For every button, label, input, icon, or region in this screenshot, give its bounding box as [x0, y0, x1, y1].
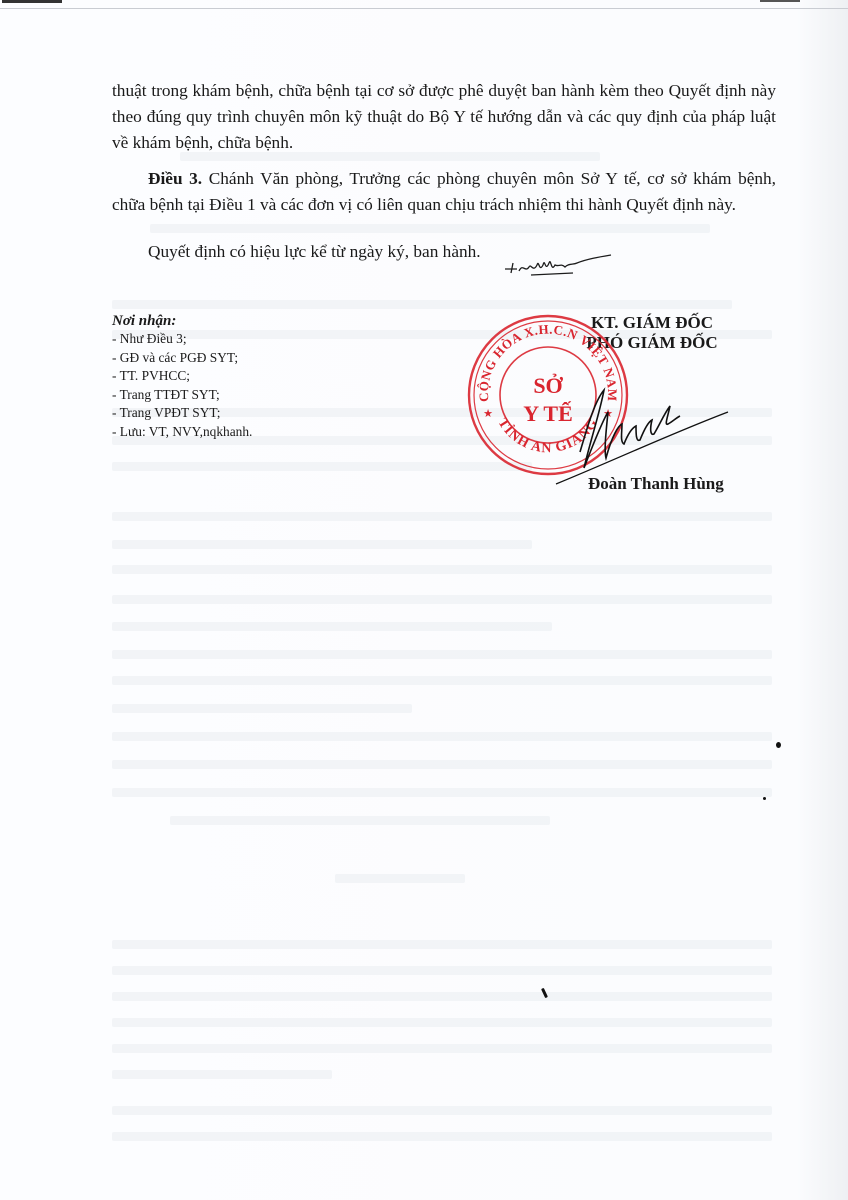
- scan-edge-mark: [760, 0, 800, 2]
- recipient-item: - Như Điều 3;: [112, 330, 252, 349]
- scan-speck: [763, 797, 766, 800]
- recipient-item: - Trang VPĐT SYT;: [112, 404, 252, 423]
- recipient-item: - Trang TTĐT SYT;: [112, 386, 252, 405]
- initials-signature: [503, 253, 613, 277]
- recipients-heading: Nơi nhận:: [112, 312, 252, 330]
- scan-edge-mark: [2, 0, 62, 3]
- recipient-item: - Lưu: VT, NVY,nqkhanh.: [112, 423, 252, 442]
- scan-speck: [776, 742, 781, 748]
- recipient-item: - GĐ và các PGĐ SYT;: [112, 349, 252, 368]
- document-page: thuật trong khám bệnh, chữa bệnh tại cơ …: [0, 0, 848, 1200]
- recipient-item: - TT. PVHCC;: [112, 367, 252, 386]
- paragraph-continuation: thuật trong khám bệnh, chữa bệnh tại cơ …: [112, 78, 776, 156]
- signer-name: Đoàn Thanh Hùng: [588, 474, 724, 494]
- effective-clause: Quyết định có hiệu lực kể từ ngày ký, ba…: [112, 239, 776, 265]
- star-icon: ★: [483, 408, 493, 420]
- scan-top-rule: [0, 8, 848, 9]
- recipients-block: Nơi nhận: - Như Điều 3; - GĐ và các PGĐ …: [112, 312, 252, 442]
- article-3-label: Điều 3.: [148, 169, 202, 188]
- article-3-text: Chánh Văn phòng, Trưởng các phòng chuyên…: [112, 169, 776, 214]
- article-3: Điều 3. Chánh Văn phòng, Trưởng các phòn…: [112, 166, 776, 218]
- document-body: thuật trong khám bệnh, chữa bệnh tại cơ …: [112, 78, 776, 265]
